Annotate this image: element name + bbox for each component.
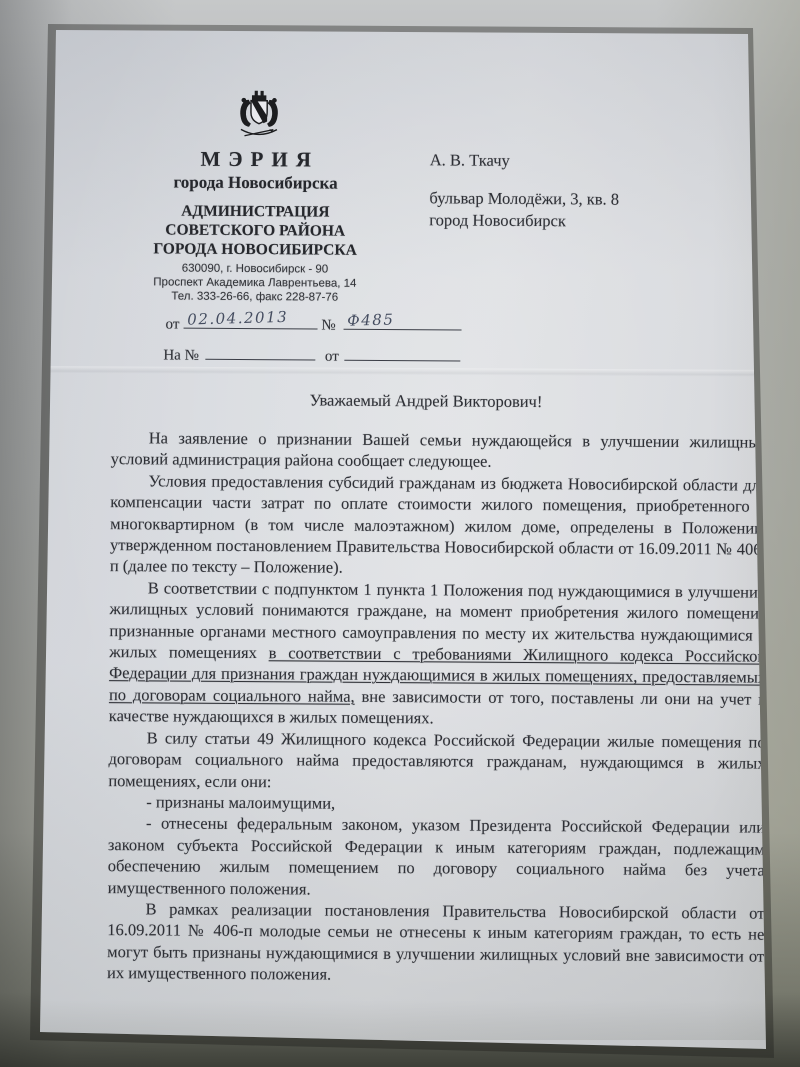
letterhead-contacts: 630090, г. Новосибирск - 90 Проспект Ака… bbox=[115, 261, 395, 305]
reply-label: На № bbox=[163, 347, 199, 363]
incoming-reference-line: На №от bbox=[163, 343, 461, 366]
recipient-address-line: бульвар Молодёжи, 3, кв. 8 bbox=[429, 187, 619, 210]
reply-number-blank bbox=[205, 344, 315, 361]
body-paragraph: В силу статьи 49 Жилищного кодекса Росси… bbox=[108, 727, 765, 796]
letter-paper: МЭРИЯ города Новосибирска АДМИНИСТРАЦИЯ … bbox=[0, 0, 800, 1067]
from-label: от bbox=[166, 316, 180, 332]
body-paragraph: Условия предоставления субсидий граждана… bbox=[110, 470, 768, 582]
phone-fax: Тел. 333-26-66, факс 228-87-76 bbox=[115, 289, 395, 305]
org-subtitle: города Новосибирска bbox=[115, 172, 395, 194]
letter-photo: МЭРИЯ города Новосибирска АДМИНИСТРАЦИЯ … bbox=[0, 0, 800, 1067]
handwritten-number: Ф485 bbox=[347, 310, 395, 329]
body-paragraph: На заявление о признании Вашей семьи нуж… bbox=[111, 427, 768, 474]
reply-date-blank bbox=[345, 345, 461, 362]
administration-name: АДМИНИСТРАЦИЯ СОВЕТСКОГО РАЙОНА ГОРОДА Н… bbox=[115, 201, 395, 260]
administration-line: СОВЕТСКОГО РАЙОНА bbox=[115, 220, 395, 241]
street-address: Проспект Академика Лаврентьева, 14 bbox=[115, 275, 395, 291]
recipient-block: А. В. Ткачу бульвар Молодёжи, 3, кв. 8 г… bbox=[429, 149, 619, 232]
body-paragraph: В рамках реализации постановления Правит… bbox=[107, 898, 765, 988]
salutation: Уважаемый Андрей Викторович! bbox=[111, 389, 741, 413]
date-blank: 02.04.2013 bbox=[183, 313, 317, 330]
letter-body: На заявление о признании Вашей семьи нуж… bbox=[107, 427, 768, 988]
org-title: МЭРИЯ bbox=[116, 146, 396, 173]
number-label: № bbox=[321, 318, 335, 334]
number-blank: Ф485 bbox=[344, 314, 462, 331]
reply-from-label: от bbox=[325, 349, 339, 365]
administration-line: АДМИНИСТРАЦИЯ bbox=[115, 201, 395, 222]
outgoing-reference-line: от02.04.2013№Ф485 bbox=[166, 312, 462, 335]
letter-content: МЭРИЯ города Новосибирска АДМИНИСТРАЦИЯ … bbox=[0, 0, 800, 1067]
administration-line: ГОРОДА НОВОСИБИРСКА bbox=[115, 239, 395, 260]
body-paragraph: - отнесены федеральным законом, указом П… bbox=[108, 812, 766, 902]
handwritten-date: 02.04.2013 bbox=[187, 308, 288, 329]
novosibirsk-coat-of-arms-icon bbox=[232, 86, 286, 144]
body-paragraph: В соответствии с подпунктом 1 пункта 1 П… bbox=[109, 577, 767, 731]
letterhead-block: МЭРИЯ города Новосибирска АДМИНИСТРАЦИЯ … bbox=[115, 146, 396, 305]
recipient-address-line: город Новосибирск bbox=[429, 209, 619, 232]
recipient-name: А. В. Ткачу bbox=[430, 149, 620, 172]
